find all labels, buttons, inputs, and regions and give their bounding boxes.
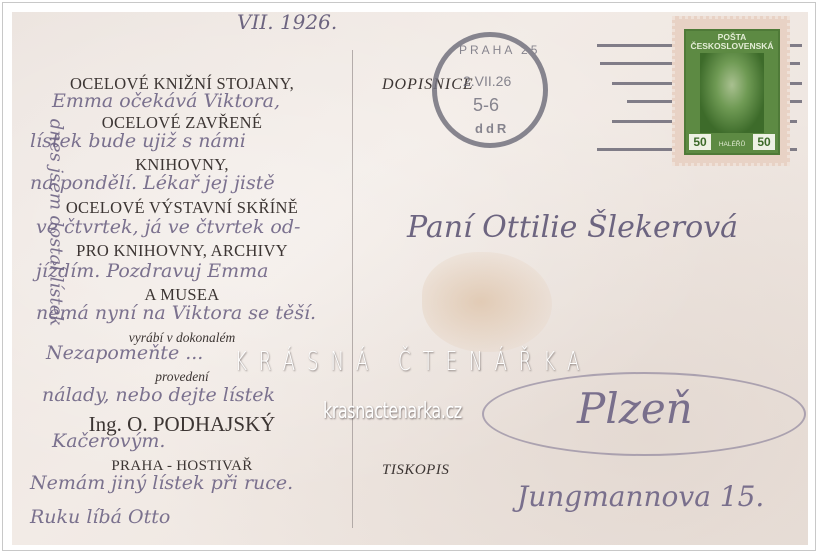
message-line: nemá nyní na Viktora se těší.	[36, 302, 316, 324]
center-divider	[352, 50, 353, 528]
stain	[422, 252, 552, 352]
message-line: nálady, nebo dejte lístek	[42, 384, 275, 406]
ad-line-5: PRO KNIHOVNY, ARCHIVY	[12, 241, 352, 261]
message-line: jíždím. Pozdravuj Emma	[36, 260, 268, 282]
address-recipient: Paní Ottilie Šlekerová	[407, 210, 738, 245]
postmark-date: 2.VII.26	[463, 73, 511, 89]
postmark-bottom: ddR	[475, 121, 509, 136]
stamp-design: POŠTA ČESKOSLOVENSKÁ 50 HALÉŘŮ 50	[684, 29, 780, 155]
stamp-country: POŠTA ČESKOSLOVENSKÁ	[686, 33, 778, 51]
postage-stamp: POŠTA ČESKOSLOVENSKÁ 50 HALÉŘŮ 50	[672, 16, 790, 166]
message-line: Kačerovým.	[52, 430, 165, 452]
message-line: na pondělí. Lékař jej jistě	[30, 172, 275, 194]
image-frame: VII. 1926. dnes jsem dostal lístek OCELO…	[2, 2, 816, 551]
postmark-time: 5-6	[473, 95, 499, 116]
stamp-value-right: 50	[753, 134, 775, 150]
message-line: Nemám jiný lístek při ruce.	[30, 472, 293, 494]
message-line: ve čtvrtek, já ve čtvrtek od-	[36, 216, 300, 238]
postmark: PRAHA 25 2.VII.26 5-6 ddR	[432, 32, 548, 148]
watermark-url: krasnactenarka.cz	[323, 399, 462, 424]
message-line: Nezapomeňte ...	[46, 342, 203, 364]
label-tiskopis: TISKOPIS	[382, 462, 449, 479]
ad-line-4: OCELOVÉ VÝSTAVNÍ SKŘÍNĚ	[12, 198, 352, 218]
city-underline-flourish	[482, 372, 806, 456]
stamp-unit: HALÉŘŮ	[716, 141, 748, 148]
message-line: Emma očekává Viktora,	[52, 90, 280, 112]
watermark-title: KRÁSNÁ ČTENÁŘKA	[235, 347, 591, 377]
address-street: Jungmannova 15.	[517, 480, 764, 513]
handwritten-date: VII. 1926.	[237, 12, 337, 34]
message-line: Ruku líbá Otto	[30, 506, 170, 528]
message-line: lístek bude ujiž s námi	[30, 130, 246, 152]
stamp-value-left: 50	[689, 134, 711, 150]
stamp-portrait-icon	[700, 53, 764, 133]
postcard: VII. 1926. dnes jsem dostal lístek OCELO…	[12, 12, 808, 545]
postmark-top: PRAHA 25	[459, 43, 540, 57]
